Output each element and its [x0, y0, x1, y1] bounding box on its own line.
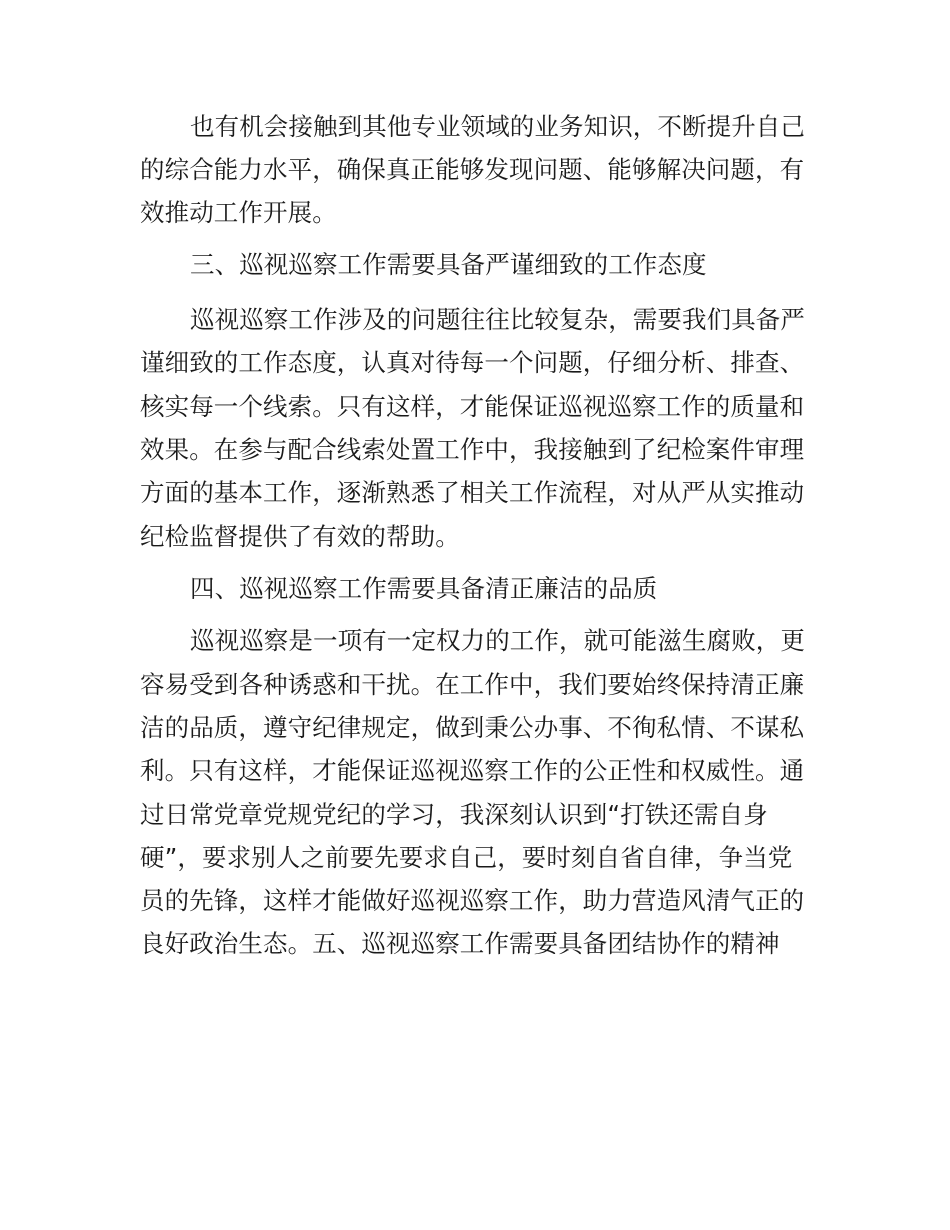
paragraph-line: 硬”，要求别人之前要先要求自己，要时刻自省自律，争当党	[140, 838, 820, 878]
paragraph-line: 核实每一个线索。只有这样，才能保证巡视巡察工作的质量和	[140, 387, 820, 427]
paragraph-line: 也有机会接触到其他专业领域的业务知识，不断提升自己	[190, 107, 870, 147]
paragraph-line: 的综合能力水平，确保真正能够发现问题、能够解决问题，有	[140, 150, 820, 190]
paragraph-line: 效果。在参与配合线索处置工作中，我接触到了纪检案件审理	[140, 430, 820, 470]
paragraph-line: 效推动工作开展。	[140, 193, 820, 233]
paragraph-line: 容易受到各种诱惑和干扰。在工作中，我们要始终保持清正廉	[140, 665, 820, 705]
paragraph-line: 利。只有这样，才能保证巡视巡察工作的公正性和权威性。通	[140, 751, 820, 791]
paragraph-line: 纪检监督提供了有效的帮助。	[140, 517, 820, 557]
paragraph-line: 谨细致的工作态度，认真对待每一个问题，仔细分析、排查、	[140, 343, 820, 383]
section-heading-4: 四、巡视巡察工作需要具备清正廉洁的品质	[190, 569, 870, 609]
paragraph-line: 洁的品质，遵守纪律规定，做到秉公办事、不徇私情、不谋私	[140, 708, 820, 748]
paragraph-line: 过日常党章党规党纪的学习，我深刻认识到“打铁还需自身	[140, 795, 820, 835]
paragraph-line: 巡视巡察是一项有一定权力的工作，就可能滋生腐败，更	[190, 621, 870, 661]
paragraph-line: 方面的基本工作，逐渐熟悉了相关工作流程，对从严从实推动	[140, 473, 820, 513]
section-heading-3: 三、巡视巡察工作需要具备严谨细致的工作态度	[190, 245, 870, 285]
paragraph-line: 良好政治生态。五、巡视巡察工作需要具备团结协作的精神	[140, 924, 820, 964]
paragraph-line: 员的先锋，这样才能做好巡视巡察工作，助力营造风清气正的	[140, 881, 820, 921]
document-page: 也有机会接触到其他专业领域的业务知识，不断提升自己 的综合能力水平，确保真正能够…	[0, 0, 950, 1230]
paragraph-line: 巡视巡察工作涉及的问题往往比较复杂，需要我们具备严	[190, 300, 870, 340]
